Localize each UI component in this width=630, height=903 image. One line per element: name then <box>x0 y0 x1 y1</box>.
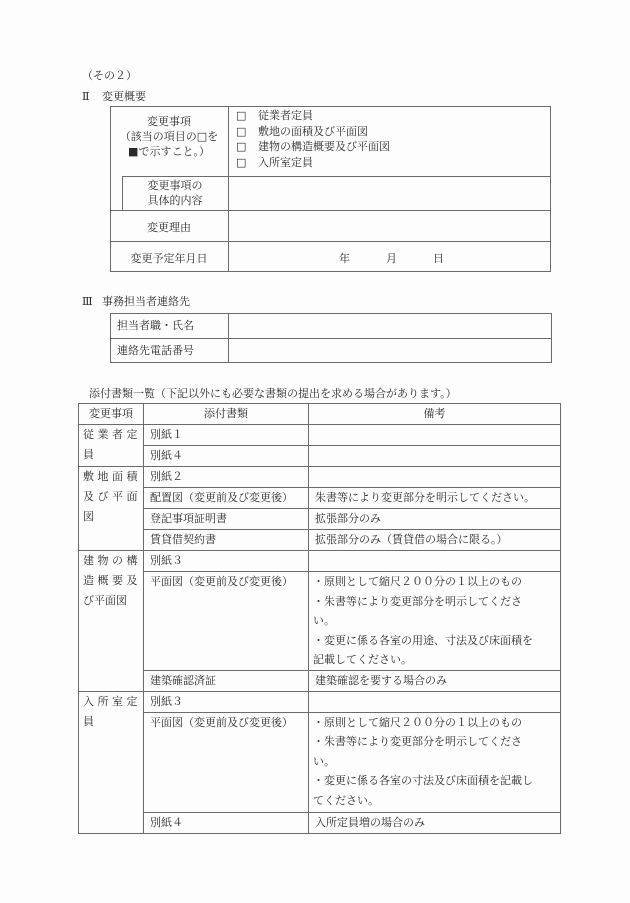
note-cell: ・原則として縮尺２００分の１以上のもの ・朱書等により変更部分を明示してくださ … <box>309 572 561 671</box>
contact-name-input[interactable] <box>229 314 552 339</box>
table-row: 建築確認済証 建築確認を要する場合のみ <box>79 670 561 691</box>
document-cell: 平面図（変更前及び変更後） <box>144 572 309 671</box>
document-cell: 別紙４ <box>144 812 309 833</box>
page-label: （その２） <box>82 69 137 83</box>
date-field[interactable]: 年 月 日 <box>229 242 550 272</box>
contact-phone-label: 連絡先電話番号 <box>111 339 229 363</box>
section2-heading: 変更概要 <box>102 90 146 104</box>
section2-number: Ⅱ <box>82 90 89 104</box>
attachments-table: 変更事項 添付書類 備考 従 業 者 定 員 別紙１ 別紙４ 敷 地 面 積 及… <box>78 403 561 834</box>
document-cell: 賃貸借契約書 <box>144 530 309 551</box>
change-items-checklist: □従業者定員 □敷地の面積及び平面図 □建物の構造概要及び平面図 □入所室定員 <box>236 108 390 170</box>
document-cell: 登記事項証明書 <box>144 509 309 530</box>
table-row: 別紙４ <box>79 446 561 467</box>
attachments-caption: 添付書類一覧（下記以外にも必要な書類の提出を求める場合があります。） <box>89 387 457 401</box>
contact-name-label: 担当者職・氏名 <box>111 314 229 339</box>
change-item-cell: 敷 地 面 積 及 び 平 面 図 <box>79 467 144 551</box>
note-cell <box>309 691 561 712</box>
table-row: 賃貸借契約書 拡張部分のみ（賃貸借の場合に限る。） <box>79 530 561 551</box>
document-cell: 建築確認済証 <box>144 670 309 691</box>
note-cell: 建築確認を要する場合のみ <box>309 670 561 691</box>
note-cell: 入所定員増の場合のみ <box>309 812 561 833</box>
note-cell: ・原則として縮尺２００分の１以上のもの ・朱書等により変更部分を明示してくださ … <box>309 712 561 812</box>
checkbox-item[interactable]: □建物の構造概要及び平面図 <box>236 139 390 155</box>
contact-phone-input[interactable] <box>229 339 552 363</box>
table-row: 平面図（変更前及び変更後） ・原則として縮尺２００分の１以上のもの ・朱書等によ… <box>79 572 561 671</box>
reason-input[interactable] <box>229 211 550 241</box>
document-cell: 別紙４ <box>144 446 309 467</box>
section3-number: Ⅲ <box>82 295 93 309</box>
note-cell: 朱書等により変更部分を明示してください。 <box>309 488 561 509</box>
header-notes: 備考 <box>309 404 561 425</box>
table-row: 建 物 の 構 造 概 要 及 び平面図 別紙３ <box>79 551 561 572</box>
reason-label: 変更理由 <box>110 219 228 235</box>
month-unit: 月 <box>386 250 397 266</box>
checkbox-icon[interactable]: □ <box>236 124 258 140</box>
checkbox-icon[interactable]: □ <box>236 108 258 124</box>
document-cell: 別紙３ <box>144 691 309 712</box>
table-row: 入 所 室 定 員 別紙３ <box>79 691 561 712</box>
change-items-label: 変更事項 （該当の項目の□を ■で示すこと。） <box>110 114 228 159</box>
checkbox-icon[interactable]: □ <box>236 139 258 155</box>
table-row: 別紙４ 入所定員増の場合のみ <box>79 812 561 833</box>
document-cell: 平面図（変更前及び変更後） <box>144 712 309 812</box>
checkbox-icon[interactable]: □ <box>236 155 258 171</box>
table-row: 平面図（変更前及び変更後） ・原則として縮尺２００分の１以上のもの ・朱書等によ… <box>79 712 561 812</box>
checkbox-item[interactable]: □従業者定員 <box>236 108 390 124</box>
note-cell <box>309 551 561 572</box>
change-item-cell: 入 所 室 定 員 <box>79 691 144 833</box>
year-unit: 年 <box>339 250 350 266</box>
document-cell: 別紙２ <box>144 467 309 488</box>
document-cell: 別紙１ <box>144 425 309 446</box>
contact-table: 担当者職・氏名 連絡先電話番号 <box>110 313 552 363</box>
checkbox-item[interactable]: □入所室定員 <box>236 155 390 171</box>
change-item-cell: 建 物 の 構 造 概 要 及 び平面図 <box>79 551 144 692</box>
table-row: 登記事項証明書 拡張部分のみ <box>79 509 561 530</box>
note-cell: 拡張部分のみ（賃貸借の場合に限る。） <box>309 530 561 551</box>
section3-heading: 事務担当者連絡先 <box>102 295 190 309</box>
day-unit: 日 <box>433 250 444 266</box>
header-change-item: 変更事項 <box>79 404 144 425</box>
note-cell: 拡張部分のみ <box>309 509 561 530</box>
checkbox-item[interactable]: □敷地の面積及び平面図 <box>236 124 390 140</box>
document-cell: 別紙３ <box>144 551 309 572</box>
table-row: 配置図（変更前及び変更後） 朱書等により変更部分を明示してください。 <box>79 488 561 509</box>
detail-input[interactable] <box>229 177 550 210</box>
header-document: 添付書類 <box>144 404 309 425</box>
note-cell <box>309 467 561 488</box>
note-cell <box>309 446 561 467</box>
document-cell: 配置図（変更前及び変更後） <box>144 488 309 509</box>
table-row: 敷 地 面 積 及 び 平 面 図 別紙２ <box>79 467 561 488</box>
table-header-row: 変更事項 添付書類 備考 <box>79 404 561 425</box>
date-label: 変更予定年月日 <box>110 250 228 266</box>
change-item-cell: 従 業 者 定 員 <box>79 425 144 467</box>
detail-label: 変更事項の 具体的内容 <box>122 178 228 208</box>
table-row: 従 業 者 定 員 別紙１ <box>79 425 561 446</box>
note-cell <box>309 425 561 446</box>
